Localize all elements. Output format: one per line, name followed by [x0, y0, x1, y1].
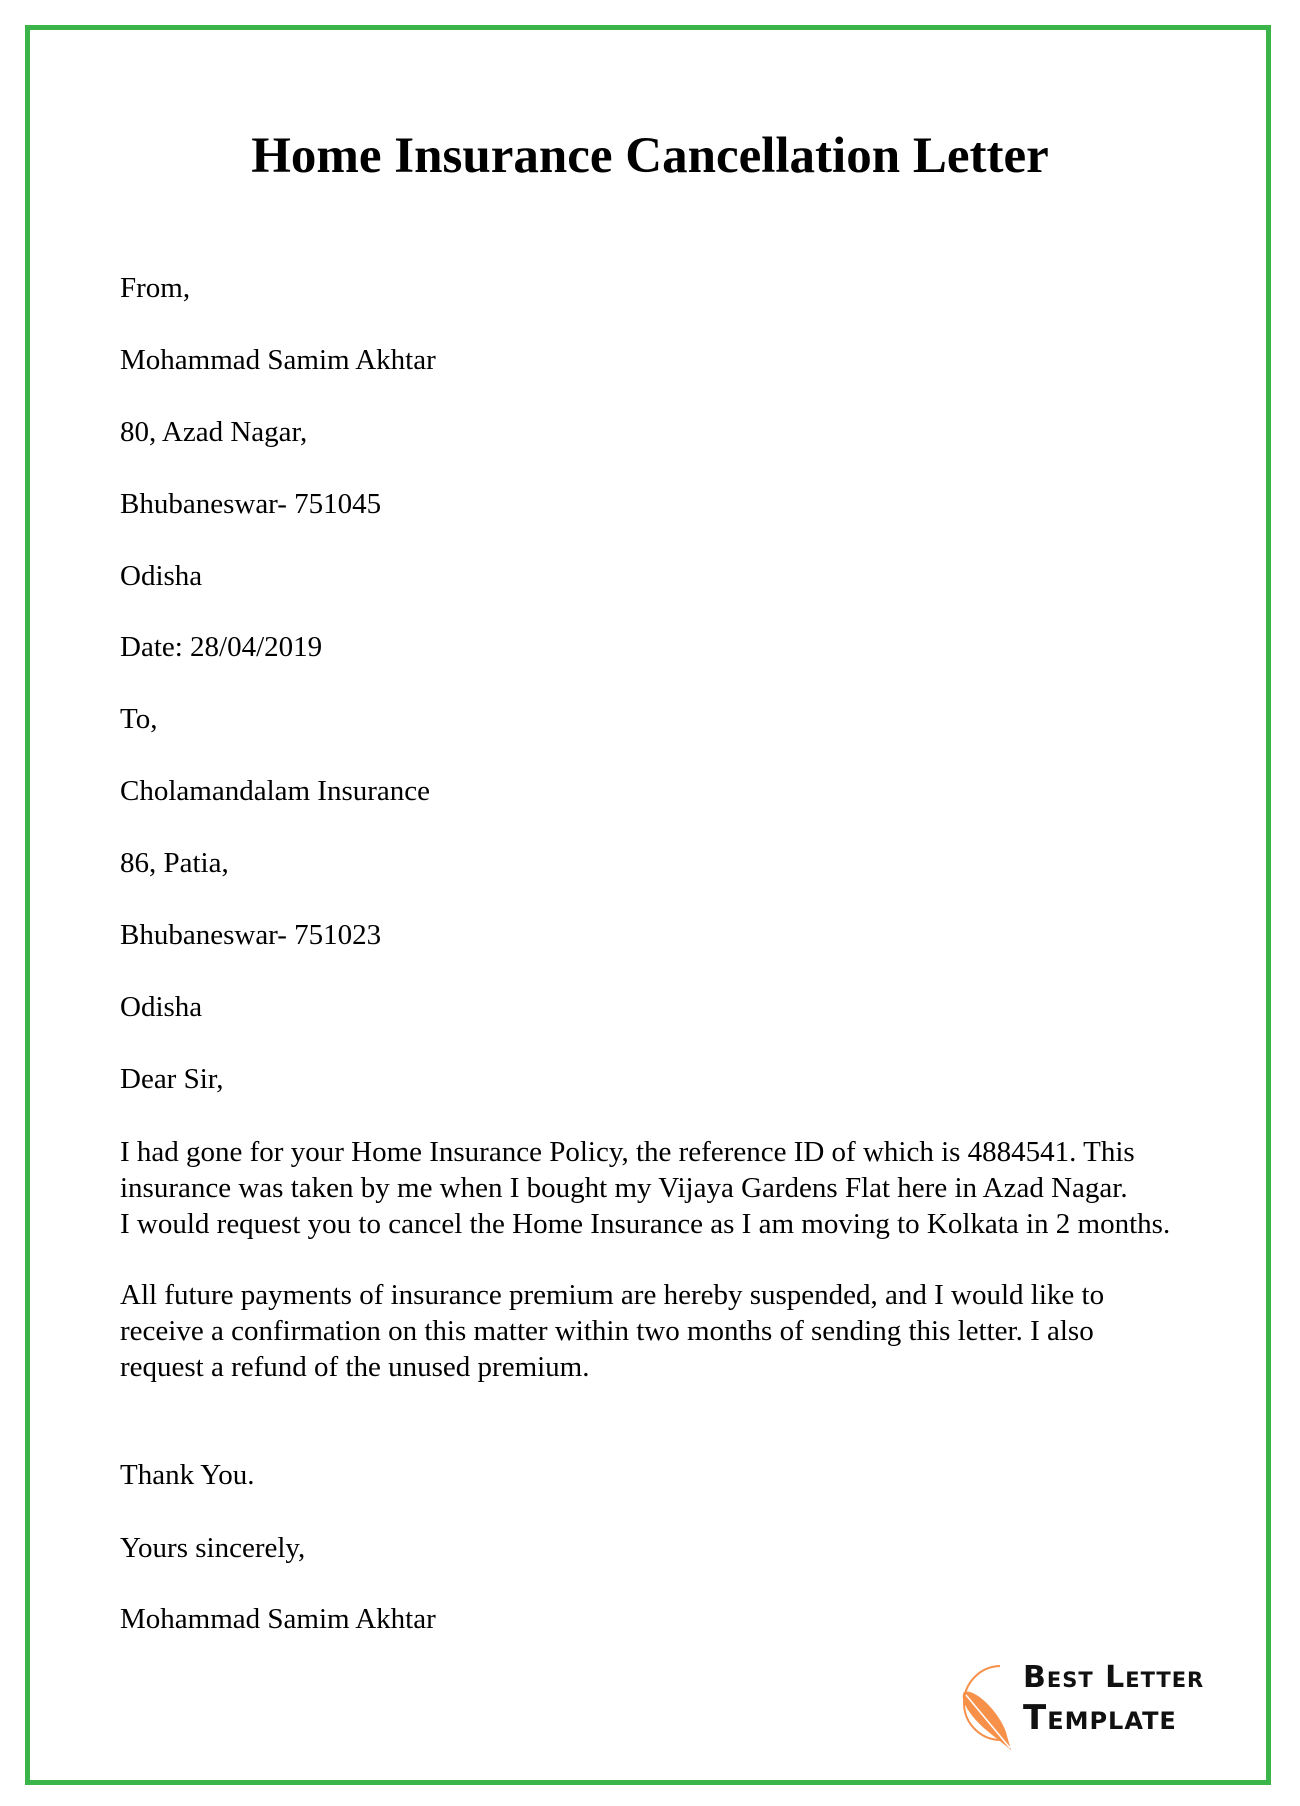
- sender-state: Odisha: [120, 558, 202, 594]
- sender-address-line2: Bhubaneswar- 751045: [120, 486, 381, 522]
- feather-icon: [940, 1660, 1020, 1755]
- closing: Yours sincerely,: [120, 1530, 305, 1566]
- logo-text-line2: Template: [1023, 1698, 1177, 1738]
- letter-date: Date: 28/04/2019: [120, 629, 322, 665]
- recipient-address-line2: Bhubaneswar- 751023: [120, 917, 381, 953]
- closing-thanks: Thank You.: [120, 1457, 255, 1493]
- page-title: Home Insurance Cancellation Letter: [0, 126, 1300, 186]
- to-label: To,: [120, 701, 157, 737]
- body-paragraph-2: All future payments of insurance premium…: [120, 1277, 1260, 1385]
- recipient-address-line1: 86, Patia,: [120, 845, 229, 881]
- recipient-name: Cholamandalam Insurance: [120, 773, 430, 809]
- sender-name: Mohammad Samim Akhtar: [120, 342, 436, 378]
- logo-text-line1: Best Letter: [1023, 1660, 1204, 1695]
- page-border: [25, 25, 1271, 1785]
- from-label: From,: [120, 270, 190, 306]
- salutation: Dear Sir,: [120, 1061, 224, 1097]
- recipient-state: Odisha: [120, 989, 202, 1025]
- sender-address-line1: 80, Azad Nagar,: [120, 414, 307, 450]
- body-paragraph-1: I had gone for your Home Insurance Polic…: [120, 1134, 1260, 1242]
- brand-logo: Best Letter Template: [940, 1660, 1220, 1755]
- signature: Mohammad Samim Akhtar: [120, 1601, 436, 1637]
